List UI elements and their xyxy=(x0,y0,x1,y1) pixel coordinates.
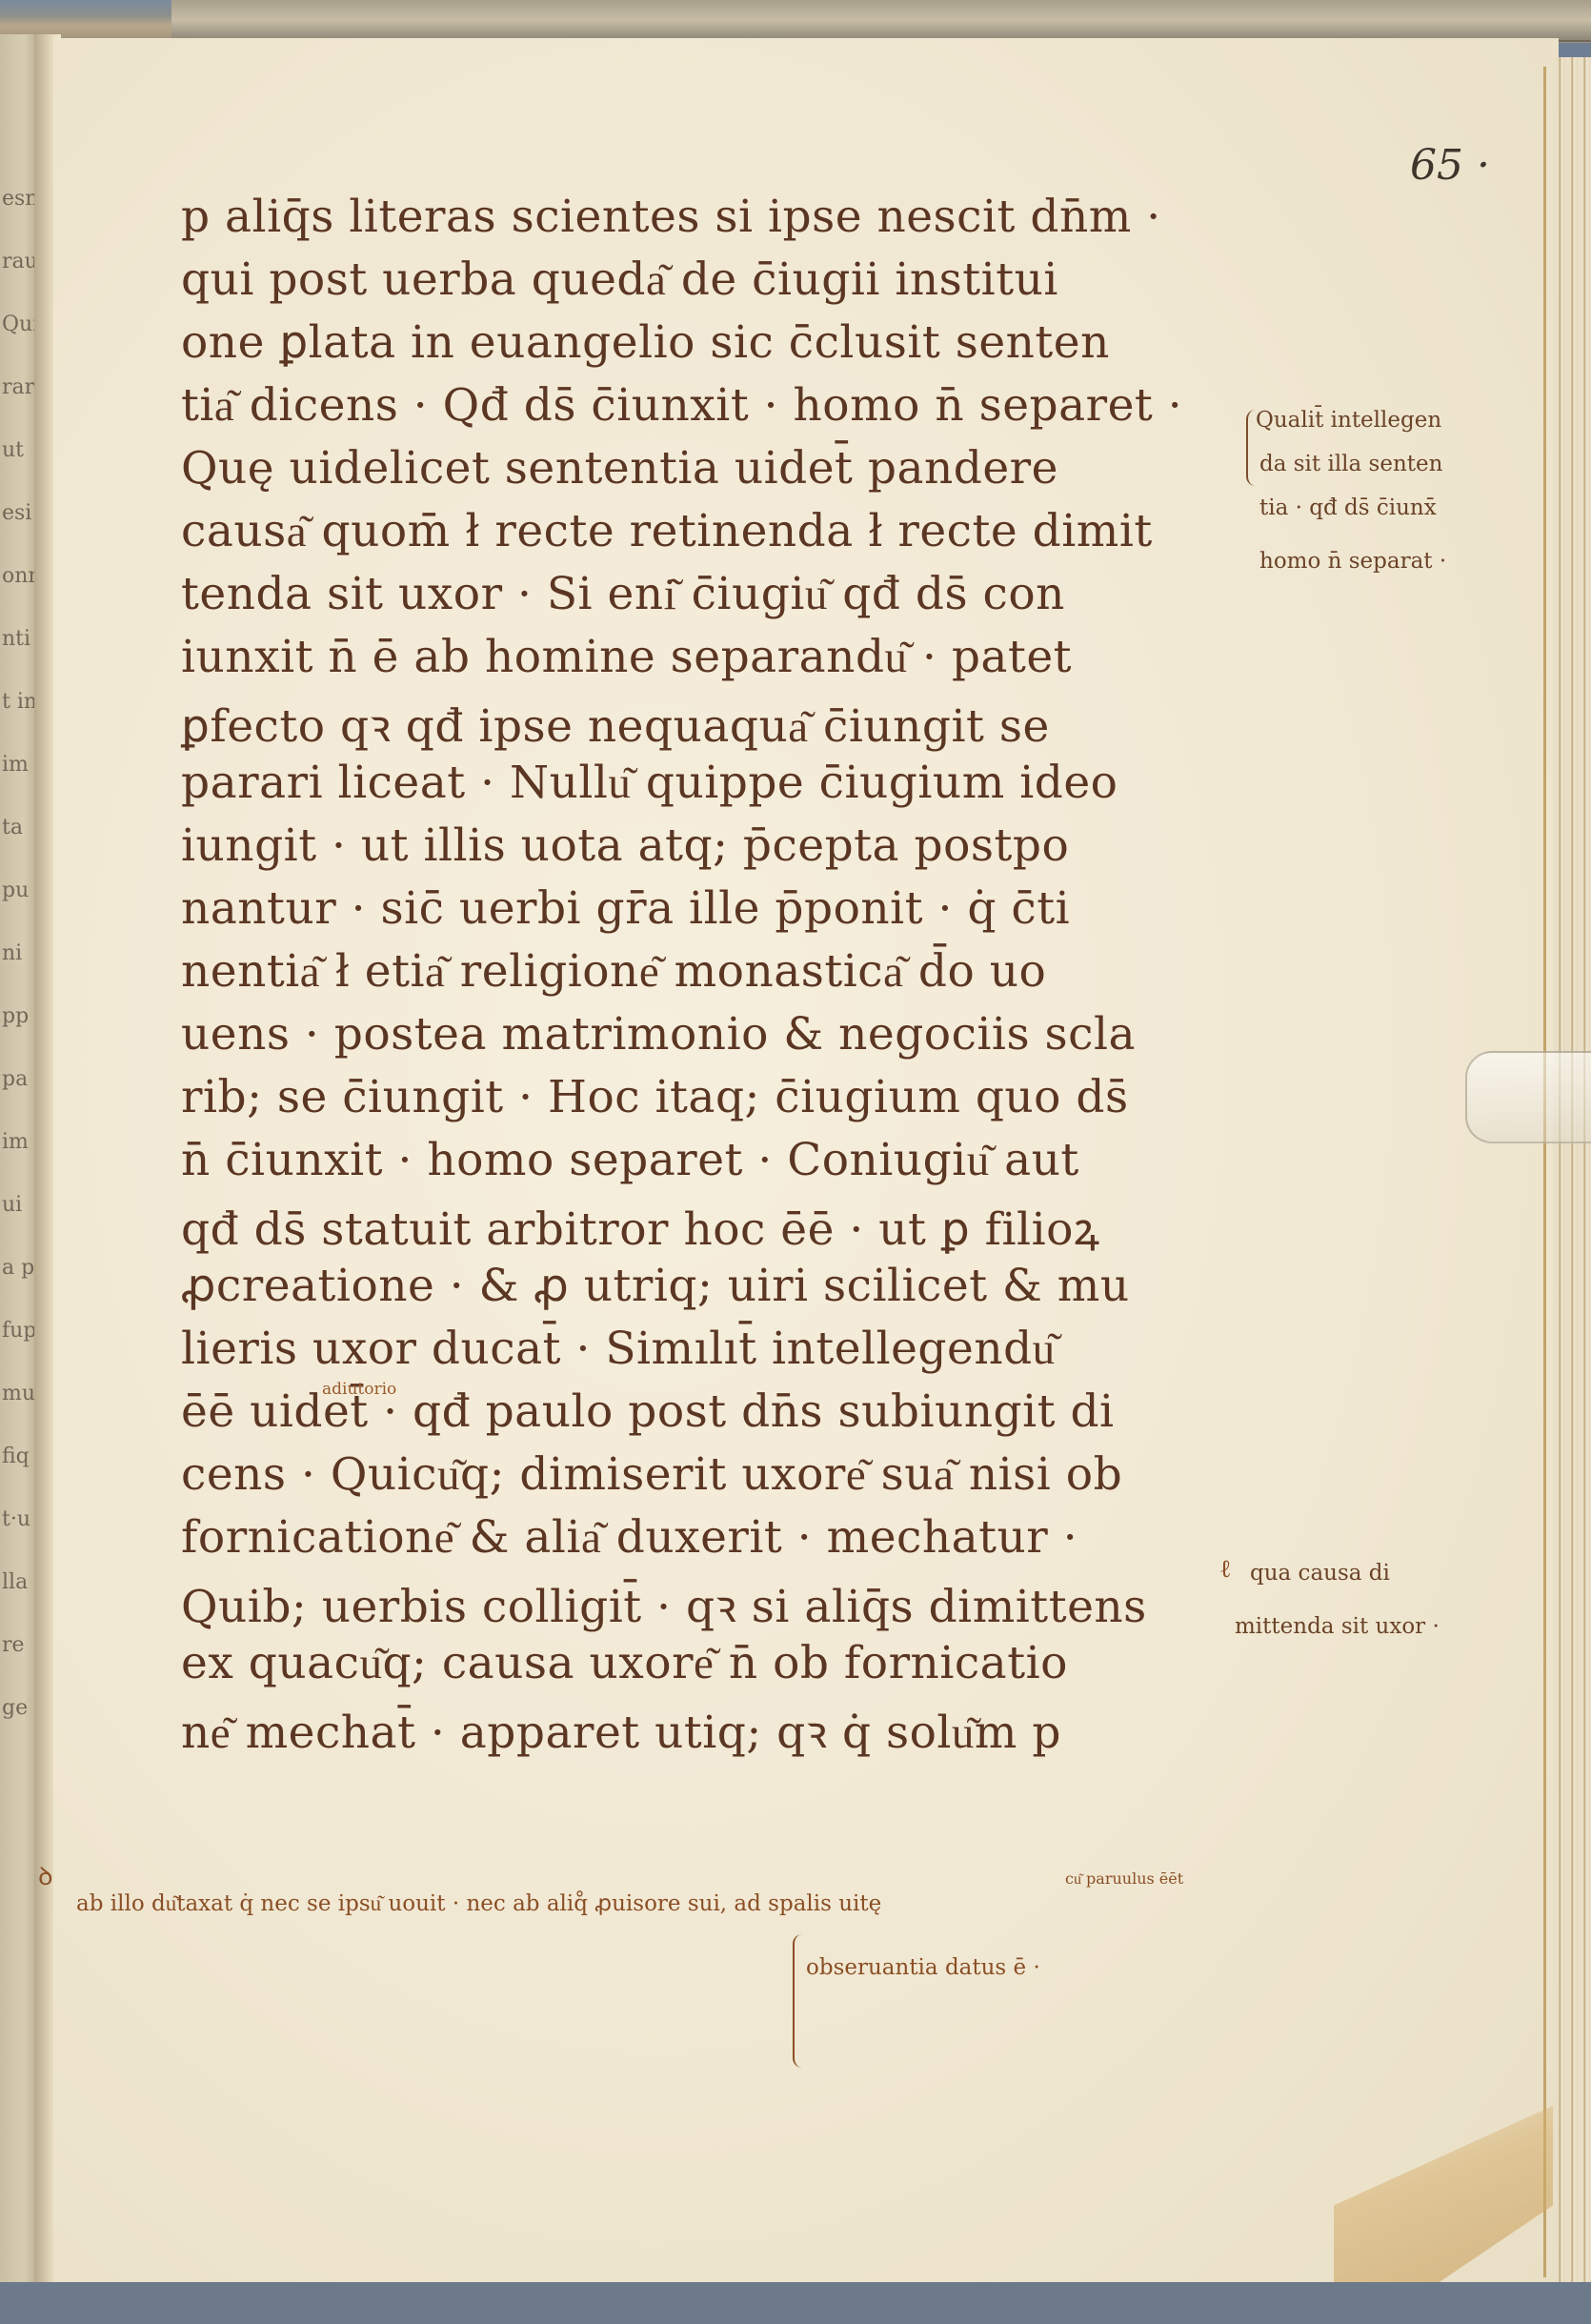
text-line: lieris uxor ducat̄ · Simılıt̄ intellegen… xyxy=(181,1323,1056,1375)
text-line: cens · Quicu͂q; dimiserit uxore͂ sua͂ ni… xyxy=(181,1448,1122,1501)
text-line: ꝓcreatione · & ꝓ utriq; uiri scilicet & … xyxy=(181,1260,1130,1312)
text-line: nantur · sic̄ uerbi gr̄a ille p̄ponit · … xyxy=(181,882,1070,935)
facing-page-text-fragment: re xyxy=(2,1633,25,1657)
text-line: iungit · ut illis uota atq; p̄cepta post… xyxy=(181,819,1069,872)
facing-page-text-fragment: ut xyxy=(2,438,24,462)
marginal-gloss-line: tia · qđ ds̄ c̄iunx̄ xyxy=(1259,495,1437,520)
marginal-gloss-line: qua causa di xyxy=(1250,1561,1390,1586)
facing-page-text-fragment: t in xyxy=(2,690,37,714)
facing-page-text-fragment: pu xyxy=(2,879,29,902)
facing-page-text-fragment: mu xyxy=(2,1382,35,1405)
text-line: rib; se c̄iungit · Hoc itaq; c̄iugium qu… xyxy=(181,1071,1129,1123)
facing-page-text-fragment: ge xyxy=(2,1696,28,1720)
folio-number: 65 · xyxy=(1410,141,1490,190)
text-line: Quib; uerbis colligit̄ · qꝛ si aliq̄s di… xyxy=(181,1574,1147,1635)
gloss-bracket xyxy=(793,1934,802,2068)
text-line: n̄ c̄iunxit · homo separet · Coniugiu͂ a… xyxy=(181,1134,1079,1186)
bottom-gloss-superscript: cu͂ paruulus ēēt xyxy=(1065,1869,1183,1889)
leaf-edges xyxy=(1553,57,1591,2287)
facing-page-text-fragment: fiq xyxy=(2,1445,30,1468)
text-line: qđ ds̄ statuit arbitror hoc ēē · ut ꝑ fi… xyxy=(181,1197,1100,1258)
facing-page-text-fragment: im xyxy=(2,1130,29,1154)
page-edge xyxy=(1543,67,1546,2277)
background-bottom xyxy=(0,2282,1591,2324)
text-line: uens · postea matrimonio & negociis scla xyxy=(181,1008,1136,1061)
text-line: iunxit n̄ ē ab homine separandu͂ · patet xyxy=(181,631,1072,683)
interlinear-gloss: adiutorio xyxy=(322,1380,396,1399)
text-line: parari liceat · Nullu͂ quippe c̄iugium i… xyxy=(181,757,1118,809)
gloss-signe-icon: ℓ xyxy=(1219,1555,1231,1584)
text-line: ꝑfecto qꝛ qđ ipse nequaqua͂ c̄iungit se xyxy=(181,694,1050,755)
facing-page-text-fragment: im xyxy=(2,753,29,777)
bottom-gloss-line: obseruantia datus ē · xyxy=(806,1955,1040,1980)
marginal-gloss-line: da sit illa senten xyxy=(1259,452,1442,476)
book-top-edge xyxy=(0,0,1591,43)
text-line: fornicatione͂ & alia͂ duxerit · mechatur… xyxy=(181,1511,1077,1564)
text-line: tia͂ dicens · Qđ ds̄ c̄iunxit · homo n̄ … xyxy=(181,379,1182,432)
text-line: ne͂ mechat̄ · apparet utiq; qꝛ q̇ solu͂m… xyxy=(181,1700,1061,1761)
text-line: qui post uerba queda͂ de c̄iugii institu… xyxy=(181,253,1058,306)
text-line: p aliq̄s literas scientes si ipse nescit… xyxy=(181,191,1161,243)
page-clip-tab xyxy=(1465,1051,1591,1143)
text-line: ēē uidet̄ · qđ paulo post dn̄s subiungit… xyxy=(181,1385,1115,1438)
text-line: Quę uidelicet sententia uidet̄ pandere xyxy=(181,442,1058,495)
facing-page-text-fragment: nti xyxy=(2,627,30,651)
text-line: ex quacu͂q; causa uxore͂ n̄ ob fornicati… xyxy=(181,1637,1068,1689)
text-line: tenda sit uxor · Si eni͂ c̄iugiu͂ qđ ds̄… xyxy=(181,568,1065,620)
facing-page-text-fragment: pa xyxy=(2,1067,28,1091)
marginal-gloss-line: homo n̄ separat · xyxy=(1259,549,1446,574)
facing-page-text-fragment: ta xyxy=(2,816,23,839)
facing-page-text-fragment: fup xyxy=(2,1319,36,1343)
gloss-reference-mark-icon: ꝺ xyxy=(38,1858,53,1892)
marginal-gloss-line: Qualit̄ intellegen xyxy=(1256,408,1441,433)
headband xyxy=(171,0,1591,42)
bottom-gloss-line: ab illo du͂taxat q̇ nec se ipsu͂ uouit ·… xyxy=(76,1891,881,1916)
text-line: causa͂ quom̄ ł recte retinenda ł recte d… xyxy=(181,505,1153,557)
facing-page-text-fragment: t·u xyxy=(2,1507,30,1531)
facing-page-text-fragment: pp xyxy=(2,1004,29,1028)
text-line: one ꝑlata in euangelio sic c̄clusit sent… xyxy=(181,316,1110,369)
facing-page-text-fragment: esi xyxy=(2,501,31,525)
facing-page-text-fragment: lla xyxy=(2,1570,28,1594)
marginal-gloss-line: mittenda sit uxor · xyxy=(1235,1614,1440,1639)
text-line: nentia͂ ł etia͂ religione͂ monastica͂ d̄… xyxy=(181,945,1046,998)
facing-page-text-fragment: ui xyxy=(2,1193,22,1217)
facing-page-text-fragment: ni xyxy=(2,941,22,965)
facing-page-text-fragment: a p xyxy=(2,1256,34,1280)
facing-page-text-fragment: rau xyxy=(2,250,38,273)
